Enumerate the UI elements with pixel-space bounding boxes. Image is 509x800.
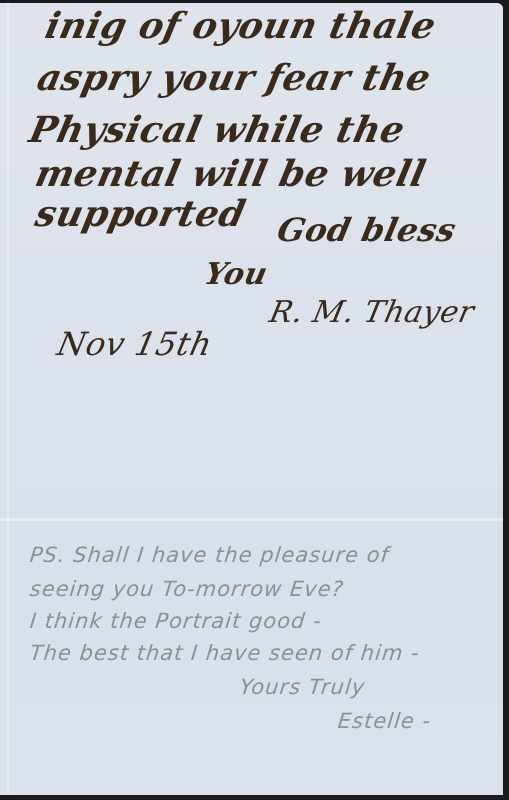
signature: R. M. Thayer — [266, 295, 477, 330]
date: Nov 15th — [54, 325, 216, 363]
postscript-signature: Estelle - — [337, 709, 433, 733]
letter-line-1: inig of oyoun thale — [42, 5, 440, 47]
postscript-line-2: seeing you To-morrow Eve? — [29, 577, 345, 601]
closing-god-bless: God bless — [274, 211, 460, 249]
fold-line-vertical — [7, 3, 9, 795]
letter-line-5: supported — [32, 193, 250, 235]
letter-line-4: mental will be well — [32, 153, 430, 195]
letter-page: inig of oyoun thale aspry your fear the … — [0, 3, 503, 795]
letter-line-2: aspry your fear the — [34, 57, 435, 99]
postscript-line-4: The best that I have seen of him - — [29, 641, 421, 665]
closing-you: You — [201, 257, 271, 292]
fold-line-horizontal — [0, 518, 503, 521]
letter-line-3: Physical while the — [26, 109, 409, 151]
postscript-closing: Yours Truly — [239, 675, 367, 699]
postscript-line-3: I think the Portrait good - — [29, 609, 323, 633]
postscript-line-1: PS. Shall I have the pleasure of — [29, 543, 391, 567]
